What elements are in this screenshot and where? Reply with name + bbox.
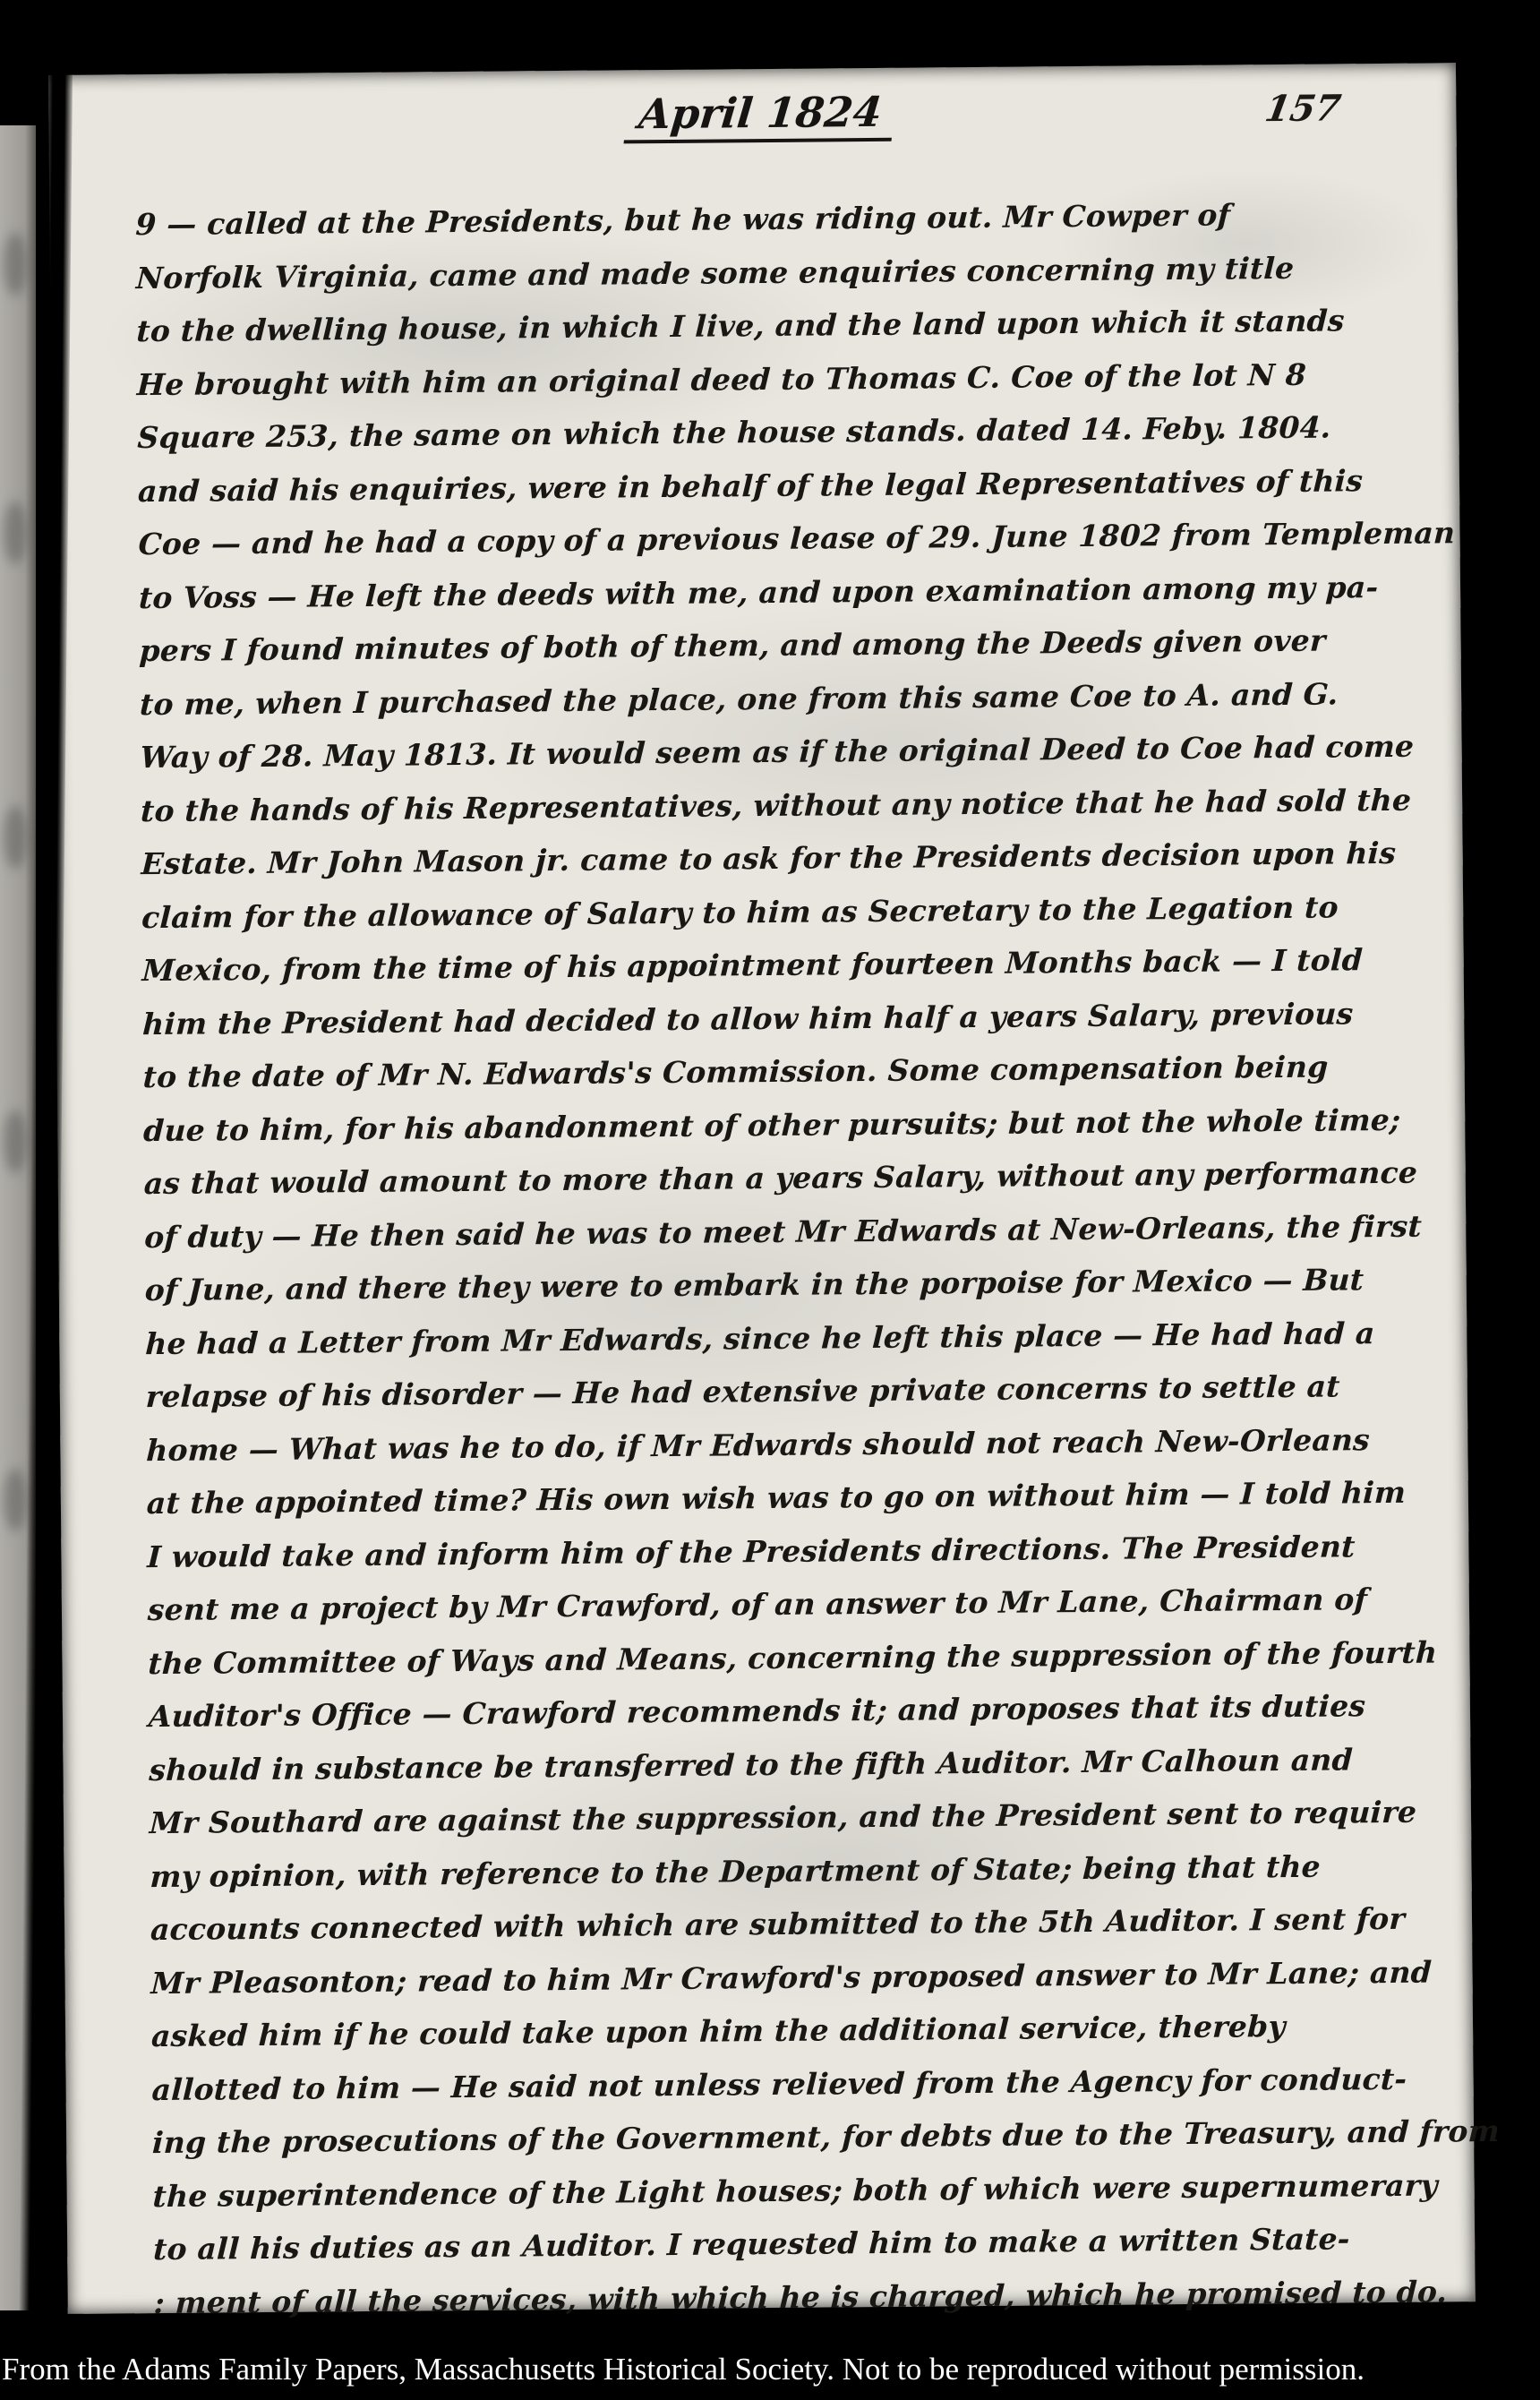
manuscript-line: : ment of all the services, with which h… — [152, 2265, 1433, 2329]
entry-date-heading: April 1824 — [623, 88, 896, 144]
ink-smudge — [4, 233, 27, 296]
archive-caption: From the Adams Family Papers, Massachuse… — [2, 2352, 1538, 2387]
manuscript-page: April 1824 157 9 — called at the Preside… — [48, 63, 1476, 2314]
ink-smudge — [4, 806, 27, 869]
ink-smudge — [4, 501, 27, 564]
ink-smudge — [4, 1469, 27, 1531]
ink-smudge — [4, 1110, 27, 1173]
scanned-document: { "page": { "header": { "date": "April 1… — [0, 0, 1540, 2400]
page-header: April 1824 157 — [48, 82, 1457, 176]
page-number: 157 — [1262, 87, 1343, 130]
manuscript-lines: 9 — called at the Presidents, but he was… — [135, 187, 1433, 2329]
